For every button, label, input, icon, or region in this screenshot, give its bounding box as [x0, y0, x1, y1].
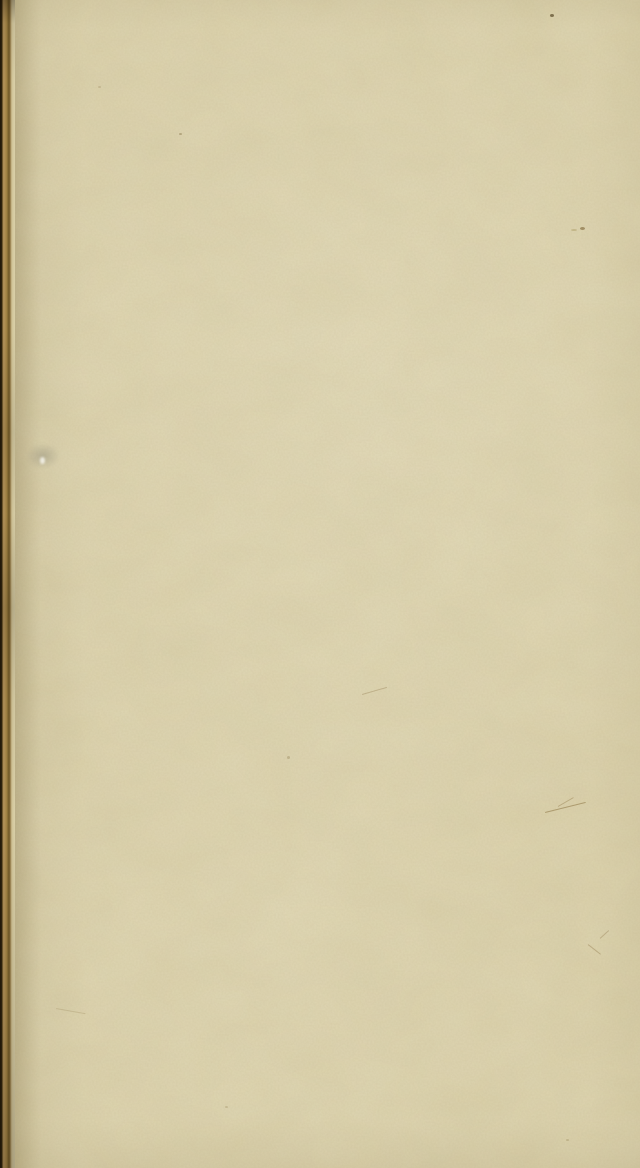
dust-speck: [566, 1139, 569, 1141]
spine-shading: [0, 0, 15, 1168]
smudge-light-fleck: [40, 457, 45, 464]
dust-speck: [287, 756, 290, 759]
spine-cast-shadow: [15, 0, 41, 1168]
dust-speck: [98, 86, 101, 88]
gray-smudge: [26, 443, 60, 469]
book-page-scan: [0, 0, 640, 1168]
dust-speck: [550, 14, 554, 17]
dust-speck: [571, 229, 577, 231]
dust-speck: [225, 1106, 228, 1108]
paper-grain-texture: [0, 0, 640, 1168]
dust-speck: [580, 227, 585, 230]
dust-speck: [179, 133, 182, 135]
